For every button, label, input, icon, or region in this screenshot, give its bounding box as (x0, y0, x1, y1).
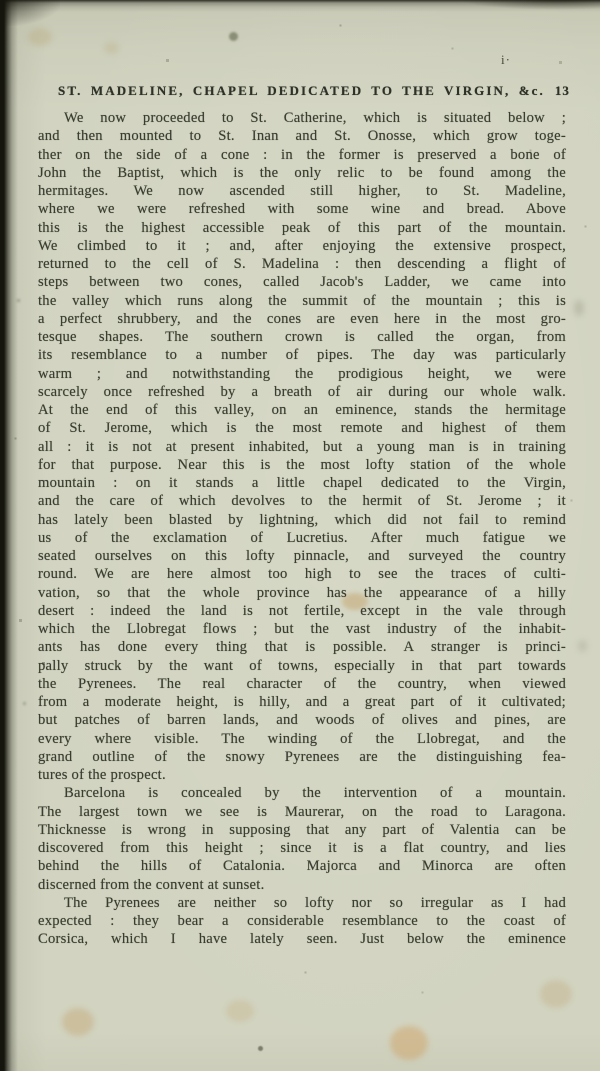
book-page-scan: i· ST. MADELINE, CHAPEL DEDICATED TO THE… (0, 0, 600, 1071)
text-line: from a moderate height, is hilly, and a … (38, 693, 566, 711)
text-line: this is the highest accessible peak of t… (38, 219, 566, 237)
stain-mark (574, 300, 584, 316)
text-line: pally struck by the want of towns, espec… (38, 657, 566, 675)
stain-mark (258, 1046, 263, 1051)
page-edge-shadow-top-right (460, 0, 600, 10)
text-line: behind the hills of Catalonia. Majorca a… (38, 857, 566, 875)
text-line: returned to the cell of S. Madelina : th… (38, 255, 566, 273)
text-line: but patches of barren lands, and woods o… (38, 711, 566, 729)
text-line: of St. Jerome, which is the most remote … (38, 419, 566, 437)
text-line: scarcely once refreshed by a breath of a… (38, 383, 566, 401)
paragraph: The Pyrenees are neither so lofty nor so… (38, 894, 566, 949)
text-line: has lately been blasted by lightning, wh… (38, 511, 566, 529)
text-line: expected : they bear a considerable rese… (38, 912, 566, 930)
page-body: We now proceeded to St. Catherine, which… (38, 109, 566, 949)
text-line: Thicknesse is wrong in supposing that an… (38, 821, 566, 839)
text-line: We climbed to it ; and, after enjoying t… (38, 237, 566, 255)
text-line: the valley which runs along the summit o… (38, 292, 566, 310)
text-line: hermitages. We now ascended still higher… (38, 182, 566, 200)
text-line: its resemblance to a number of pipes. Th… (38, 346, 566, 364)
text-line: round. We are here almost too high to se… (38, 565, 566, 583)
stain-mark (540, 980, 572, 1008)
text-line: the Pyrenees. The real character of the … (38, 675, 566, 693)
text-line: seated ourselves on this lofty pinnacle,… (38, 547, 566, 565)
text-line: and then mounted to St. Inan and St. Ono… (38, 127, 566, 145)
text-line: all : it is not at present inhabited, bu… (38, 438, 566, 456)
text-line: vation, so that the whole province has t… (38, 584, 566, 602)
text-line: discerned from the convent at sunset. (38, 876, 566, 894)
text-line: ther on the side of a cone : in the form… (38, 146, 566, 164)
text-line: At the end of this valley, on an eminenc… (38, 401, 566, 419)
text-line: us of the exclamation of Lucretius. Afte… (38, 529, 566, 547)
text-line: where we were refreshed with some wine a… (38, 200, 566, 218)
text-line: tesque shapes. The southern crown is cal… (38, 328, 566, 346)
text-line: which the Llobregat flows ; but the vast… (38, 620, 566, 638)
corner-signature-mark: i· (501, 52, 511, 68)
page-edge-shadow-left (0, 0, 18, 1071)
stain-mark (578, 640, 587, 652)
text-line: steps between two cones, called Jacob's … (38, 273, 566, 291)
text-line: The largest town we see is Maurerar, on … (38, 803, 566, 821)
page-number: 13 (555, 83, 570, 99)
text-line: a perfect shrubbery, and the cones are e… (38, 310, 566, 328)
stain-mark (104, 42, 119, 54)
text-line: We now proceeded to St. Catherine, which… (38, 109, 566, 127)
stain-mark (226, 1000, 254, 1022)
paragraph: Barcelona is concealed by the interventi… (38, 784, 566, 894)
text-line: warm ; and notwithstanding the prodigiou… (38, 365, 566, 383)
stain-mark (28, 28, 52, 46)
text-line: every where visible. The winding of the … (38, 730, 566, 748)
text-line: Barcelona is concealed by the interventi… (38, 784, 566, 802)
text-line: desert : indeed the land is not fertile,… (38, 602, 566, 620)
text-line: discovered from this height ; since it i… (38, 839, 566, 857)
running-head-title: ST. MADELINE, CHAPEL DEDICATED TO THE VI… (58, 83, 545, 99)
text-line: tures of the prospect. (38, 766, 566, 784)
page-edge-shadow-top-left (0, 0, 60, 26)
stain-mark (229, 32, 238, 41)
text-line: and the care of which devolves to the he… (38, 492, 566, 510)
stain-mark (390, 1026, 428, 1060)
text-line: ants has done every thing that is possib… (38, 638, 566, 656)
running-head: ST. MADELINE, CHAPEL DEDICATED TO THE VI… (58, 83, 528, 99)
text-line: John the Baptist, which is the only reli… (38, 164, 566, 182)
text-line: for that purpose. Near this is the most … (38, 456, 566, 474)
stain-mark (62, 1008, 94, 1036)
text-line: grand outline of the snowy Pyrenees are … (38, 748, 566, 766)
paragraph: We now proceeded to St. Catherine, which… (38, 109, 566, 784)
text-line: The Pyrenees are neither so lofty nor so… (38, 894, 566, 912)
text-line: Corsica, which I have lately seen. Just … (38, 930, 566, 948)
text-line: mountain : on it stands a little chapel … (38, 474, 566, 492)
